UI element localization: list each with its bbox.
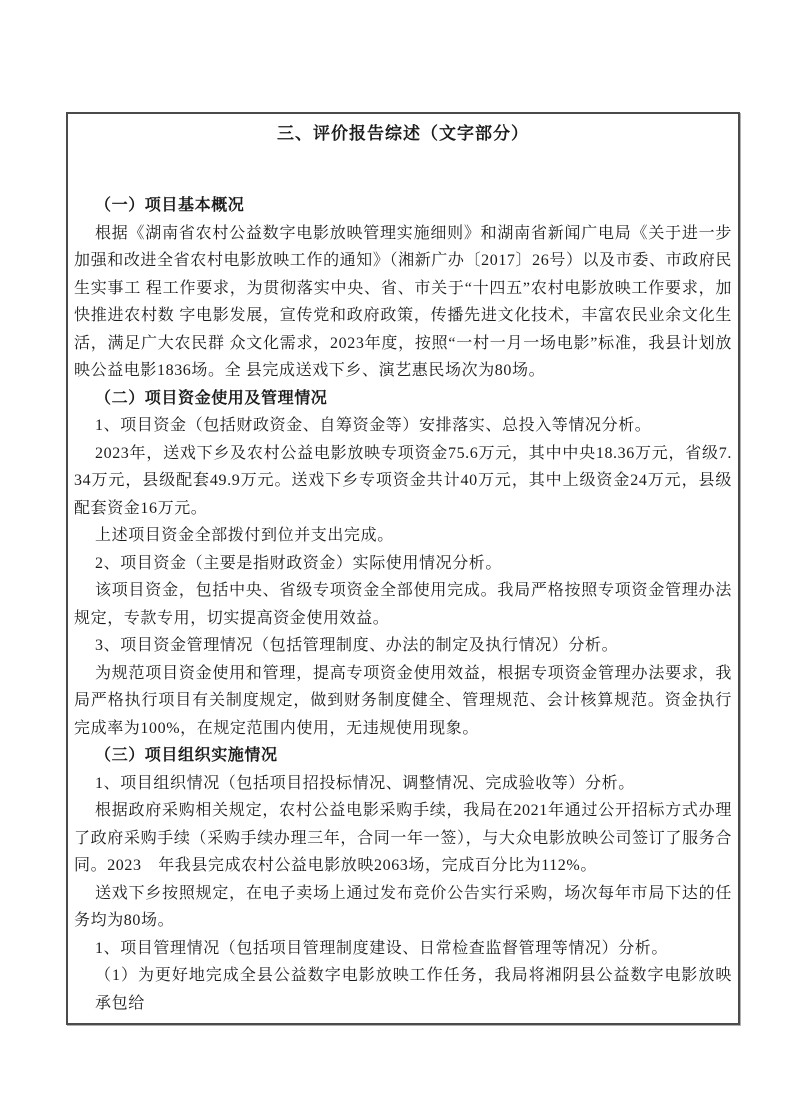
paragraph: （1）为更好地完成全县公益数字电影放映工作任务，我局将湘阴县公益数字电影放映承包… (74, 962, 732, 1017)
document-page: 三、评价报告综述（文字部分） （一）项目基本概况 根据《湖南省农村公益数字电影放… (0, 0, 791, 1118)
paragraph: 2、项目资金（主要是指财政资金）实际使用情况分析。 (74, 550, 732, 578)
section-implementation: （三）项目组织实施情况 1、项目组织情况（包括项目招投标情况、调整情况、完成验收… (74, 742, 732, 1017)
paragraph: 2023年，送戏下乡及农村公益电影放映专项资金75.6万元，其中中央18.36万… (74, 440, 732, 523)
paragraph: 上述项目资金全部拨付到位并支出完成。 (74, 522, 732, 550)
paragraph: 根据《湖南省农村公益数字电影放映管理实施细则》和湖南省新闻广电局《关于进一步加强… (74, 220, 732, 385)
paragraph: 1、项目资金（包括财政资金、自筹资金等）安排落实、总投入等情况分析。 (74, 412, 732, 440)
section-heading: （二）项目资金使用及管理情况 (74, 385, 732, 413)
report-title: 三、评价报告综述（文字部分） (74, 122, 732, 146)
paragraph: 根据政府采购相关规定，农村公益电影采购手续，我局在2021年通过公开招标方式办理… (74, 797, 732, 880)
paragraph: 3、项目资金管理情况（包括管理制度、办法的制定及执行情况）分析。 (74, 632, 732, 660)
paragraph: 1、项目管理情况（包括项目管理制度建设、日常检查监督管理等情况）分析。 (74, 935, 732, 963)
report-table-cell: 三、评价报告综述（文字部分） （一）项目基本概况 根据《湖南省农村公益数字电影放… (66, 112, 740, 1025)
section-funds-usage: （二）项目资金使用及管理情况 1、项目资金（包括财政资金、自筹资金等）安排落实、… (74, 385, 732, 743)
section-heading: （三）项目组织实施情况 (74, 742, 732, 770)
paragraph: 为规范项目资金使用和管理，提高专项资金使用效益，根据专项资金管理办法要求，我局严… (74, 660, 732, 743)
paragraph: 送戏下乡按照规定，在电子卖场上通过发布竞价公告实行采购，场次每年市局下达的任务均… (74, 880, 732, 935)
paragraph: 该项目资金，包括中央、省级专项资金全部使用完成。我局严格按照专项资金管理办法规定… (74, 577, 732, 632)
section-heading: （一）项目基本概况 (74, 192, 732, 220)
section-project-overview: （一）项目基本概况 根据《湖南省农村公益数字电影放映管理实施细则》和湖南省新闻广… (74, 192, 732, 385)
paragraph: 1、项目组织情况（包括项目招投标情况、调整情况、完成验收等）分析。 (74, 770, 732, 798)
